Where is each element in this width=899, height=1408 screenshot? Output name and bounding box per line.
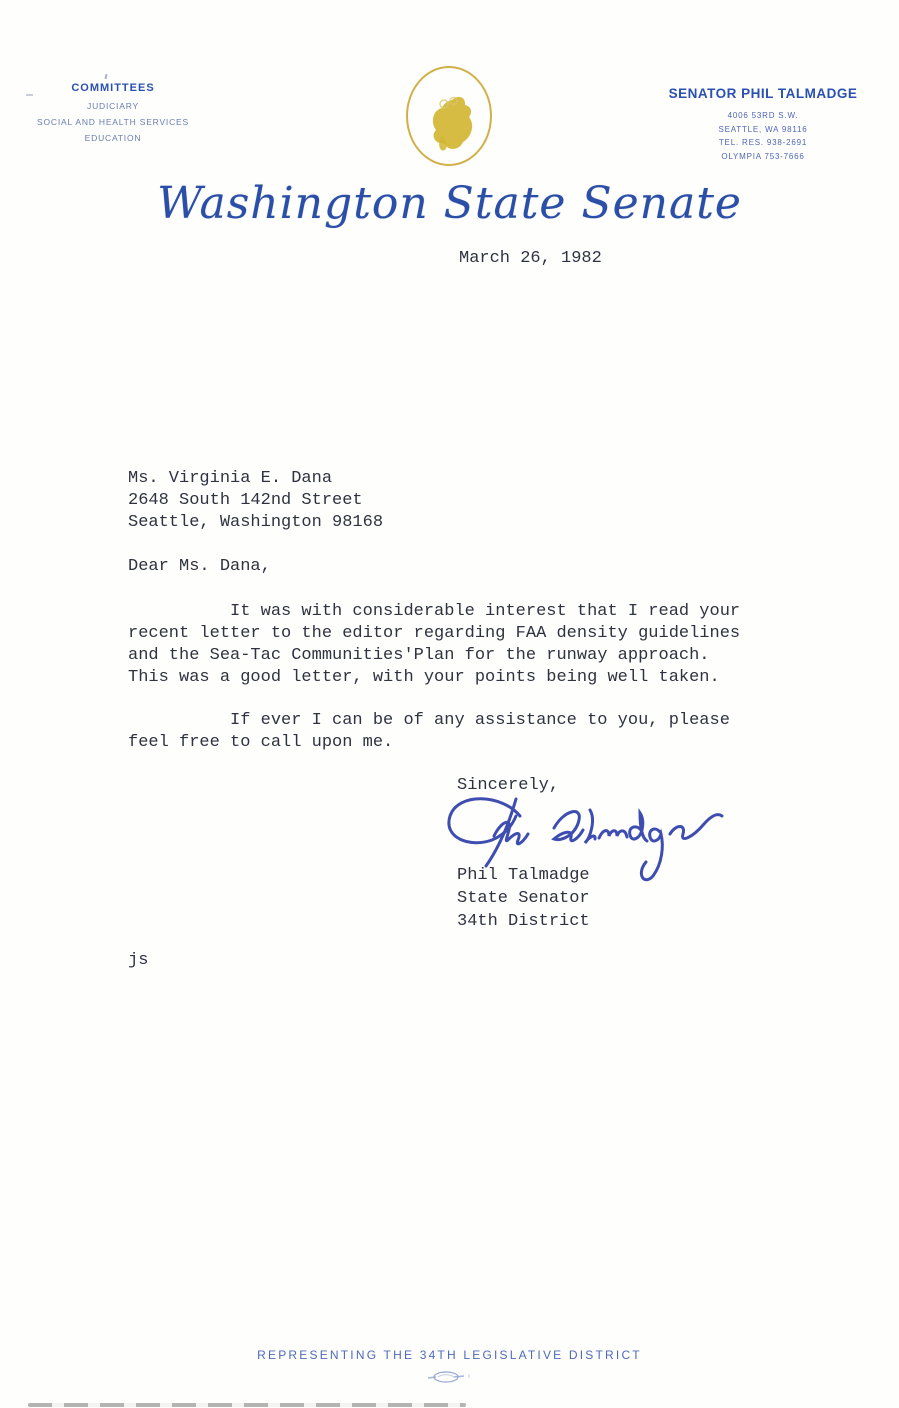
letterhead-script-title: Washington State Senate [0, 178, 899, 229]
committee-item: EDUCATION [18, 130, 208, 146]
body-line: If ever I can be of any assistance to yo… [128, 710, 730, 732]
recipient-line: Seattle, Washington 98168 [128, 512, 383, 534]
salutation: Dear Ms. Dana, [128, 557, 271, 576]
recipient-line: Ms. Virginia E. Dana [128, 468, 383, 490]
scan-edge-artifact [28, 1403, 466, 1407]
senator-name: SENATOR PHIL TALMADGE [643, 86, 883, 101]
senator-address: 4006 53RD S.W.SEATTLE, WA 98116TEL. RES.… [643, 109, 883, 163]
committee-item: SOCIAL AND HEALTH SERVICES [18, 114, 208, 130]
footer-ornament-icon [424, 1369, 476, 1385]
body-line: feel free to call upon me. [128, 732, 730, 754]
body-paragraph-1: It was with considerable interest that I… [128, 601, 740, 689]
footer-district-text: REPRESENTING THE 34TH LEGISLATIVE DISTRI… [0, 1348, 899, 1362]
senator-block: SENATOR PHIL TALMADGE 4006 53RD S.W.SEAT… [643, 86, 883, 163]
washington-state-seal-icon [402, 62, 496, 170]
signer-line: 34th District [457, 910, 590, 933]
signer-line: Phil Talmadge [457, 864, 590, 887]
body-paragraph-2: If ever I can be of any assistance to yo… [128, 710, 730, 754]
committees-block: COMMITTEES JUDICIARYSOCIAL AND HEALTH SE… [18, 82, 208, 146]
recipient-address: Ms. Virginia E. Dana2648 South 142nd Str… [128, 468, 383, 534]
body-line: recent letter to the editor regarding FA… [128, 623, 740, 645]
body-line: This was a good letter, with your points… [128, 667, 740, 689]
senator-address-line: 4006 53RD S.W. [643, 109, 883, 123]
senator-address-line: OLYMPIA 753-7666 [643, 150, 883, 164]
committees-title: COMMITTEES [18, 82, 208, 94]
committees-list: JUDICIARYSOCIAL AND HEALTH SERVICESEDUCA… [18, 98, 208, 146]
scan-speck-artifact [105, 74, 108, 79]
signer-line: State Senator [457, 887, 590, 910]
typist-initials: js [128, 951, 148, 970]
recipient-line: 2648 South 142nd Street [128, 490, 383, 512]
letter-page: COMMITTEES JUDICIARYSOCIAL AND HEALTH SE… [0, 0, 899, 1408]
body-line: It was with considerable interest that I… [128, 601, 740, 623]
date-line: March 26, 1982 [459, 249, 602, 268]
body-line: and the Sea-Tac Communities'Plan for the… [128, 645, 740, 667]
senator-address-line: TEL. RES. 938-2691 [643, 136, 883, 150]
signer-block: Phil TalmadgeState Senator34th District [457, 864, 590, 933]
senator-address-line: SEATTLE, WA 98116 [643, 123, 883, 137]
committee-item: JUDICIARY [18, 98, 208, 114]
